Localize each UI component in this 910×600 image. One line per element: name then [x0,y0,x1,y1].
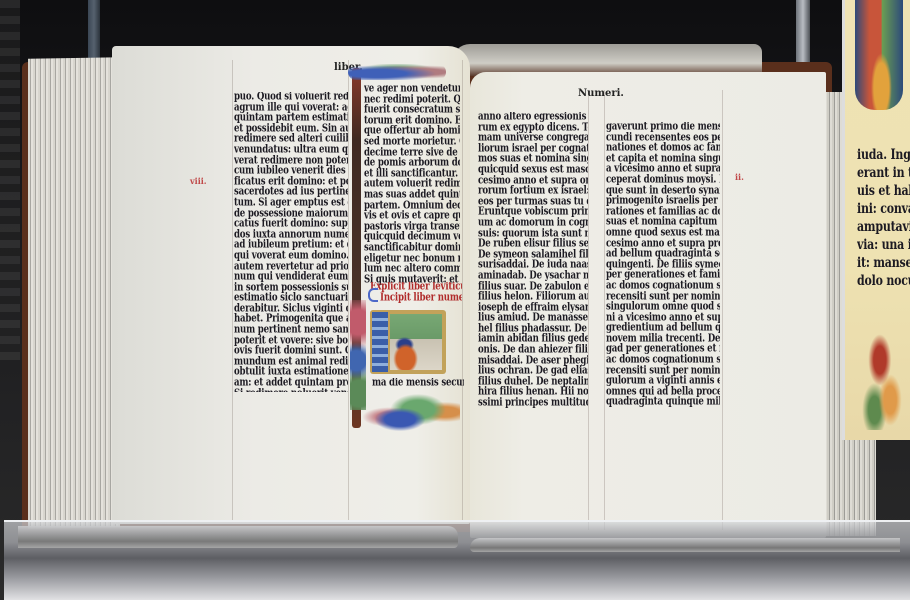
text-line: dolo nocuit filii [857,270,910,290]
page-stack-left [28,57,120,529]
miniature-painting-moses [390,314,442,370]
right-text-column-2: gaverunt primo die mensis se cundi recen… [606,122,720,412]
ruling-line [348,60,349,520]
text-line: ma die mensis secundi [372,378,464,390]
case-pillar-left [88,0,100,60]
ruling-line [604,90,605,530]
left-text-column-2: ve ager non vendetur nec redimi poterit.… [364,84,460,288]
blue-initial-c [368,288,378,302]
foliage-border [859,330,910,430]
ruling-line [232,60,233,520]
adjacent-illuminated-manuscript: iuda. Ingressi erant in terram uis et ha… [842,0,910,440]
ruling-line [588,90,589,530]
figure-painting [855,0,903,110]
text-line: quadraginta quinque milia [606,396,720,409]
stand-lip-right [470,538,900,552]
top-flourish-decoration [348,64,446,80]
text-line: Si redimere noluerit vendetur [234,387,348,392]
ruling-line [722,90,723,530]
ruling-line [462,60,463,520]
stand-lip-left [18,526,458,548]
rubric-explicit-incipit: Explicit liber leviticus. Incipit liber … [370,282,462,306]
right-text-column-1: anno altero egressionis eo- rum ex egypt… [478,112,588,408]
left-folio-mark: viii. [190,176,207,186]
bottom-dragon-flourish [360,392,460,442]
right-running-head: Numeri. [578,88,624,99]
case-edge-left [0,0,20,360]
side-text-column: iuda. Ingressi erant in terram uis et ha… [857,146,910,290]
rubric-line: Incipit liber numeri. [370,291,462,304]
historiated-initial-l [372,312,388,372]
left-text-column-1: puo. Quod si voluerit redimere agrum ill… [234,92,348,392]
right-folio-mark: ii. [735,172,744,182]
text-line: ssimi principes multitudinis [478,397,588,408]
incipit-text: ma die mensis secundi [372,378,464,390]
